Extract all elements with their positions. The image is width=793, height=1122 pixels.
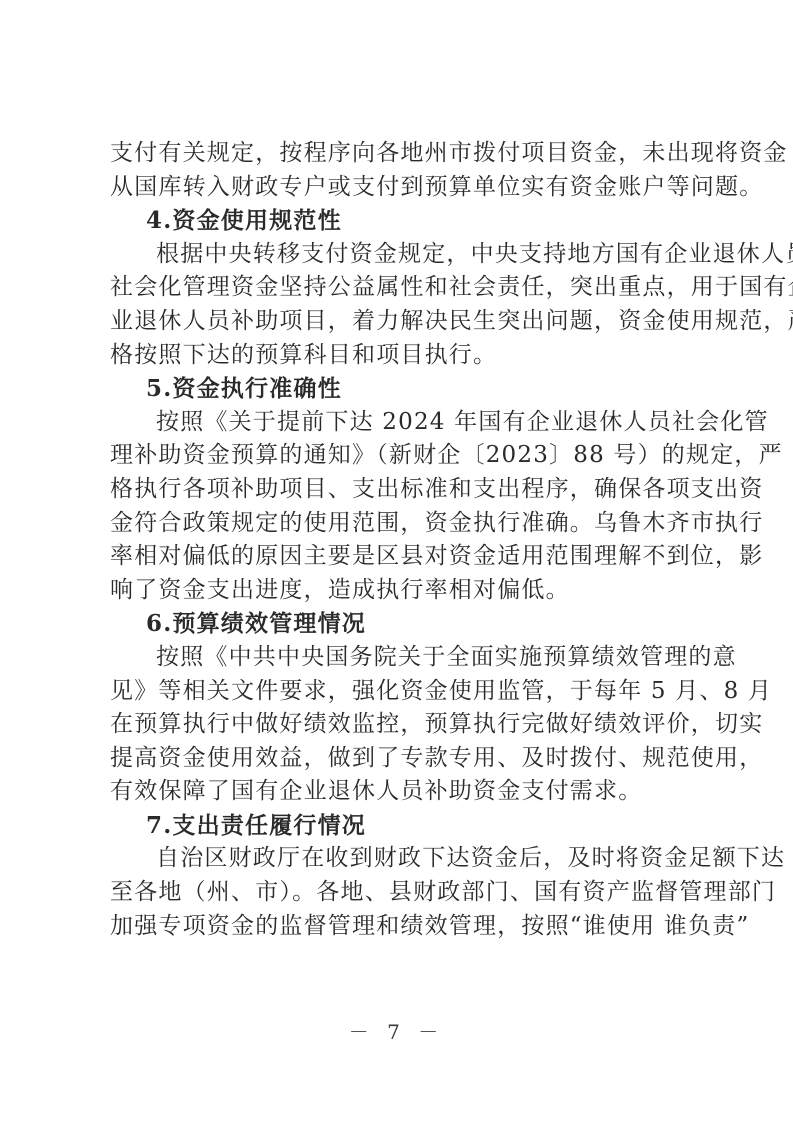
text-line: 按照《中共中央国务院关于全面实施预算绩效管理的意 bbox=[110, 641, 692, 675]
text-line: 至各地（州、市）。各地、县财政部门、国有资产监督管理部门 bbox=[110, 876, 692, 910]
text-line: 见》等相关文件要求，强化资金使用监管，于每年 5 月、8 月 bbox=[110, 675, 692, 709]
section-heading: 7.支出责任履行情况 bbox=[110, 809, 692, 843]
section-heading: 4.资金使用规范性 bbox=[110, 204, 692, 238]
text-line: 业退休人员补助项目，着力解决民生突出问题，资金使用规范，严 bbox=[110, 305, 692, 339]
text-line: 支付有关规定，按程序向各地州市拨付项目资金，未出现将资金 bbox=[110, 137, 692, 171]
text-line: 理补助资金预算的通知》（新财企〔2023〕88 号）的规定，严 bbox=[110, 439, 692, 473]
text-line: 格按照下达的预算科目和项目执行。 bbox=[110, 339, 692, 373]
text-line: 率相对偏低的原因主要是区县对资金适用范围理解不到位，影 bbox=[110, 540, 692, 574]
section-heading: 5.资金执行准确性 bbox=[110, 372, 692, 406]
text-line: 社会化管理资金坚持公益属性和社会责任，突出重点，用于国有企 bbox=[110, 271, 692, 305]
text-line: 自治区财政厅在收到财政下达资金后，及时将资金足额下达 bbox=[110, 842, 692, 876]
text-line: 提高资金使用效益，做到了专款专用、及时拨付、规范使用， bbox=[110, 742, 692, 776]
text-line: 加强专项资金的监督管理和绩效管理，按照“谁使用 谁负责” bbox=[110, 910, 692, 944]
document-body: 支付有关规定，按程序向各地州市拨付项目资金，未出现将资金 从国库转入财政专户或支… bbox=[110, 137, 692, 943]
text-line: 金符合政策规定的使用范围，资金执行准确。乌鲁木齐市执行 bbox=[110, 507, 692, 541]
text-line: 格执行各项补助项目、支出标准和支出程序，确保各项支出资 bbox=[110, 473, 692, 507]
text-line: 在预算执行中做好绩效监控，预算执行完做好绩效评价，切实 bbox=[110, 708, 692, 742]
text-line: 响了资金支出进度，造成执行率相对偏低。 bbox=[110, 574, 692, 608]
page-number: － 7 － bbox=[0, 1016, 793, 1045]
text-line: 有效保障了国有企业退休人员补助资金支付需求。 bbox=[110, 775, 692, 809]
text-line: 从国库转入财政专户或支付到预算单位实有资金账户等问题。 bbox=[110, 171, 692, 205]
text-line: 根据中央转移支付资金规定，中央支持地方国有企业退休人员 bbox=[110, 238, 692, 272]
text-line: 按照《关于提前下达 2024 年国有企业退休人员社会化管 bbox=[110, 406, 692, 440]
section-heading: 6.预算绩效管理情况 bbox=[110, 607, 692, 641]
